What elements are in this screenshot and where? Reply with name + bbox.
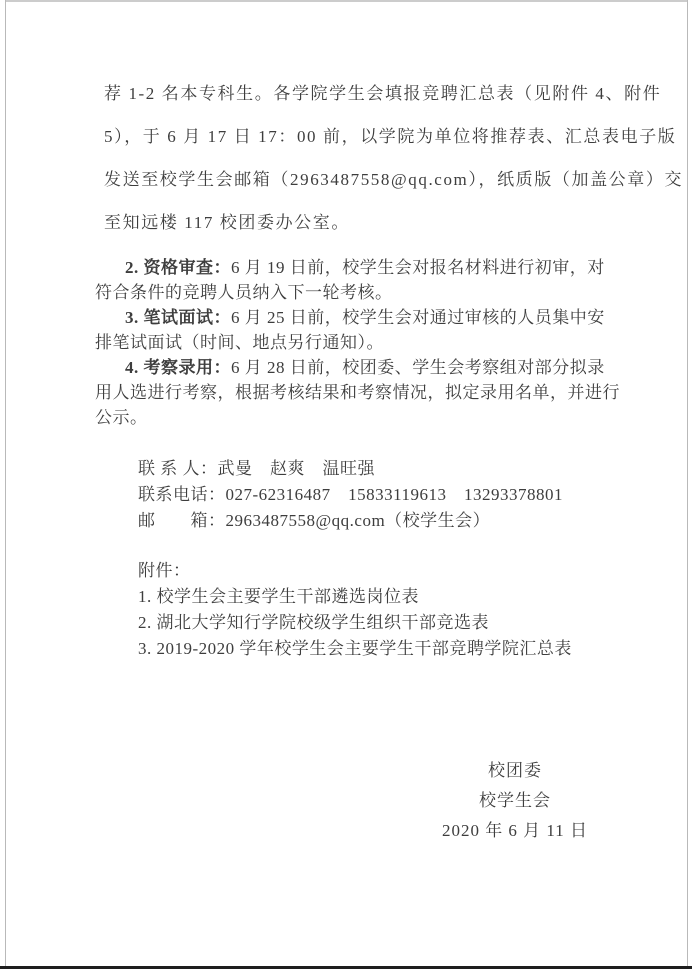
step-heading: 4. 考察录用： [125, 358, 231, 377]
text-line: 2. 资格审查：6 月 19 日前，校学生会对报名材料进行初审，对 [95, 255, 615, 280]
contact-person-label: 联 系 人： [138, 459, 218, 478]
step-item-qualification-review: 2. 资格审查：6 月 19 日前，校学生会对报名材料进行初审，对 符合条件的竞… [95, 255, 615, 305]
text-line: 符合条件的竞聘人员纳入下一轮考核。 [95, 280, 615, 305]
signature-org-student-union: 校学生会 [330, 786, 692, 816]
paragraph-continuation: 荐 1-2 名本专科生。各学院学生会填报竞聘汇总表（见附件 4、附件 5），于 … [104, 72, 624, 244]
step-item-inspection-hiring: 4. 考察录用：6 月 28 日前，校团委、学生会考察组对部分拟录 用人选进行考… [95, 355, 615, 430]
text-line: 排笔试面试（时间、地点另行通知）。 [95, 330, 615, 355]
attachments-block: 附件： 1. 校学生会主要学生干部遴选岗位表 2. 湖北大学知行学院校级学生组织… [138, 558, 638, 662]
page-border-left [5, 0, 6, 966]
signature-org-committee: 校团委 [330, 756, 692, 786]
page-bottom-rule [0, 966, 692, 969]
contact-phone-line: 联系电话：027-62316487 15833119613 1329337880… [138, 482, 618, 508]
step-text: 6 月 28 日前，校团委、学生会考察组对部分拟录 [231, 358, 605, 377]
contact-person-value: 武曼 赵爽 温旺强 [218, 459, 376, 478]
contact-person-line: 联 系 人：武曼 赵爽 温旺强 [138, 456, 618, 482]
attachments-title: 附件： [138, 558, 638, 584]
text-line: 4. 考察录用：6 月 28 日前，校团委、学生会考察组对部分拟录 [95, 355, 615, 380]
contact-phone-label: 联系电话： [138, 485, 226, 504]
attachment-item: 3. 2019-2020 学年校学生会主要学生干部竞聘学院汇总表 [138, 636, 638, 662]
numbered-steps: 2. 资格审查：6 月 19 日前，校学生会对报名材料进行初审，对 符合条件的竞… [95, 255, 615, 430]
document-page: 荐 1-2 名本专科生。各学院学生会填报竞聘汇总表（见附件 4、附件 5），于 … [0, 0, 692, 972]
contact-phone-value: 027-62316487 15833119613 13293378801 [226, 485, 564, 504]
signature-date: 2020 年 6 月 11 日 [330, 816, 692, 846]
text-line: 5），于 6 月 17 日 17：00 前，以学院为单位将推荐表、汇总表电子版 [104, 115, 624, 158]
contact-block: 联 系 人：武曼 赵爽 温旺强 联系电话：027-62316487 158331… [138, 456, 618, 534]
contact-email-line: 邮 箱：2963487558@qq.com（校学生会） [138, 508, 618, 534]
text-line: 用人选进行考察，根据考核结果和考察情况，拟定录用名单，并进行 [95, 380, 615, 405]
text-line: 3. 笔试面试：6 月 25 日前，校学生会对通过审核的人员集中安 [95, 305, 615, 330]
step-item-written-interview: 3. 笔试面试：6 月 25 日前，校学生会对通过审核的人员集中安 排笔试面试（… [95, 305, 615, 355]
text-line: 公示。 [95, 405, 615, 430]
contact-email-value: 2963487558@qq.com（校学生会） [226, 511, 491, 530]
text-line: 荐 1-2 名本专科生。各学院学生会填报竞聘汇总表（见附件 4、附件 [104, 72, 624, 115]
signature-block: 校团委 校学生会 2020 年 6 月 11 日 [330, 756, 692, 846]
step-text: 6 月 25 日前，校学生会对通过审核的人员集中安 [231, 308, 605, 327]
step-heading: 2. 资格审查： [125, 258, 231, 277]
attachment-item: 2. 湖北大学知行学院校级学生组织干部竞选表 [138, 610, 638, 636]
attachment-item: 1. 校学生会主要学生干部遴选岗位表 [138, 584, 638, 610]
text-line: 发送至校学生会邮箱（2963487558@qq.com），纸质版（加盖公章）交 [104, 158, 624, 201]
step-text: 6 月 19 日前，校学生会对报名材料进行初审，对 [231, 258, 605, 277]
contact-email-label: 邮 箱： [138, 511, 226, 530]
step-heading: 3. 笔试面试： [125, 308, 231, 327]
page-border-top [5, 0, 688, 2]
text-line: 至知远楼 117 校团委办公室。 [104, 201, 624, 244]
